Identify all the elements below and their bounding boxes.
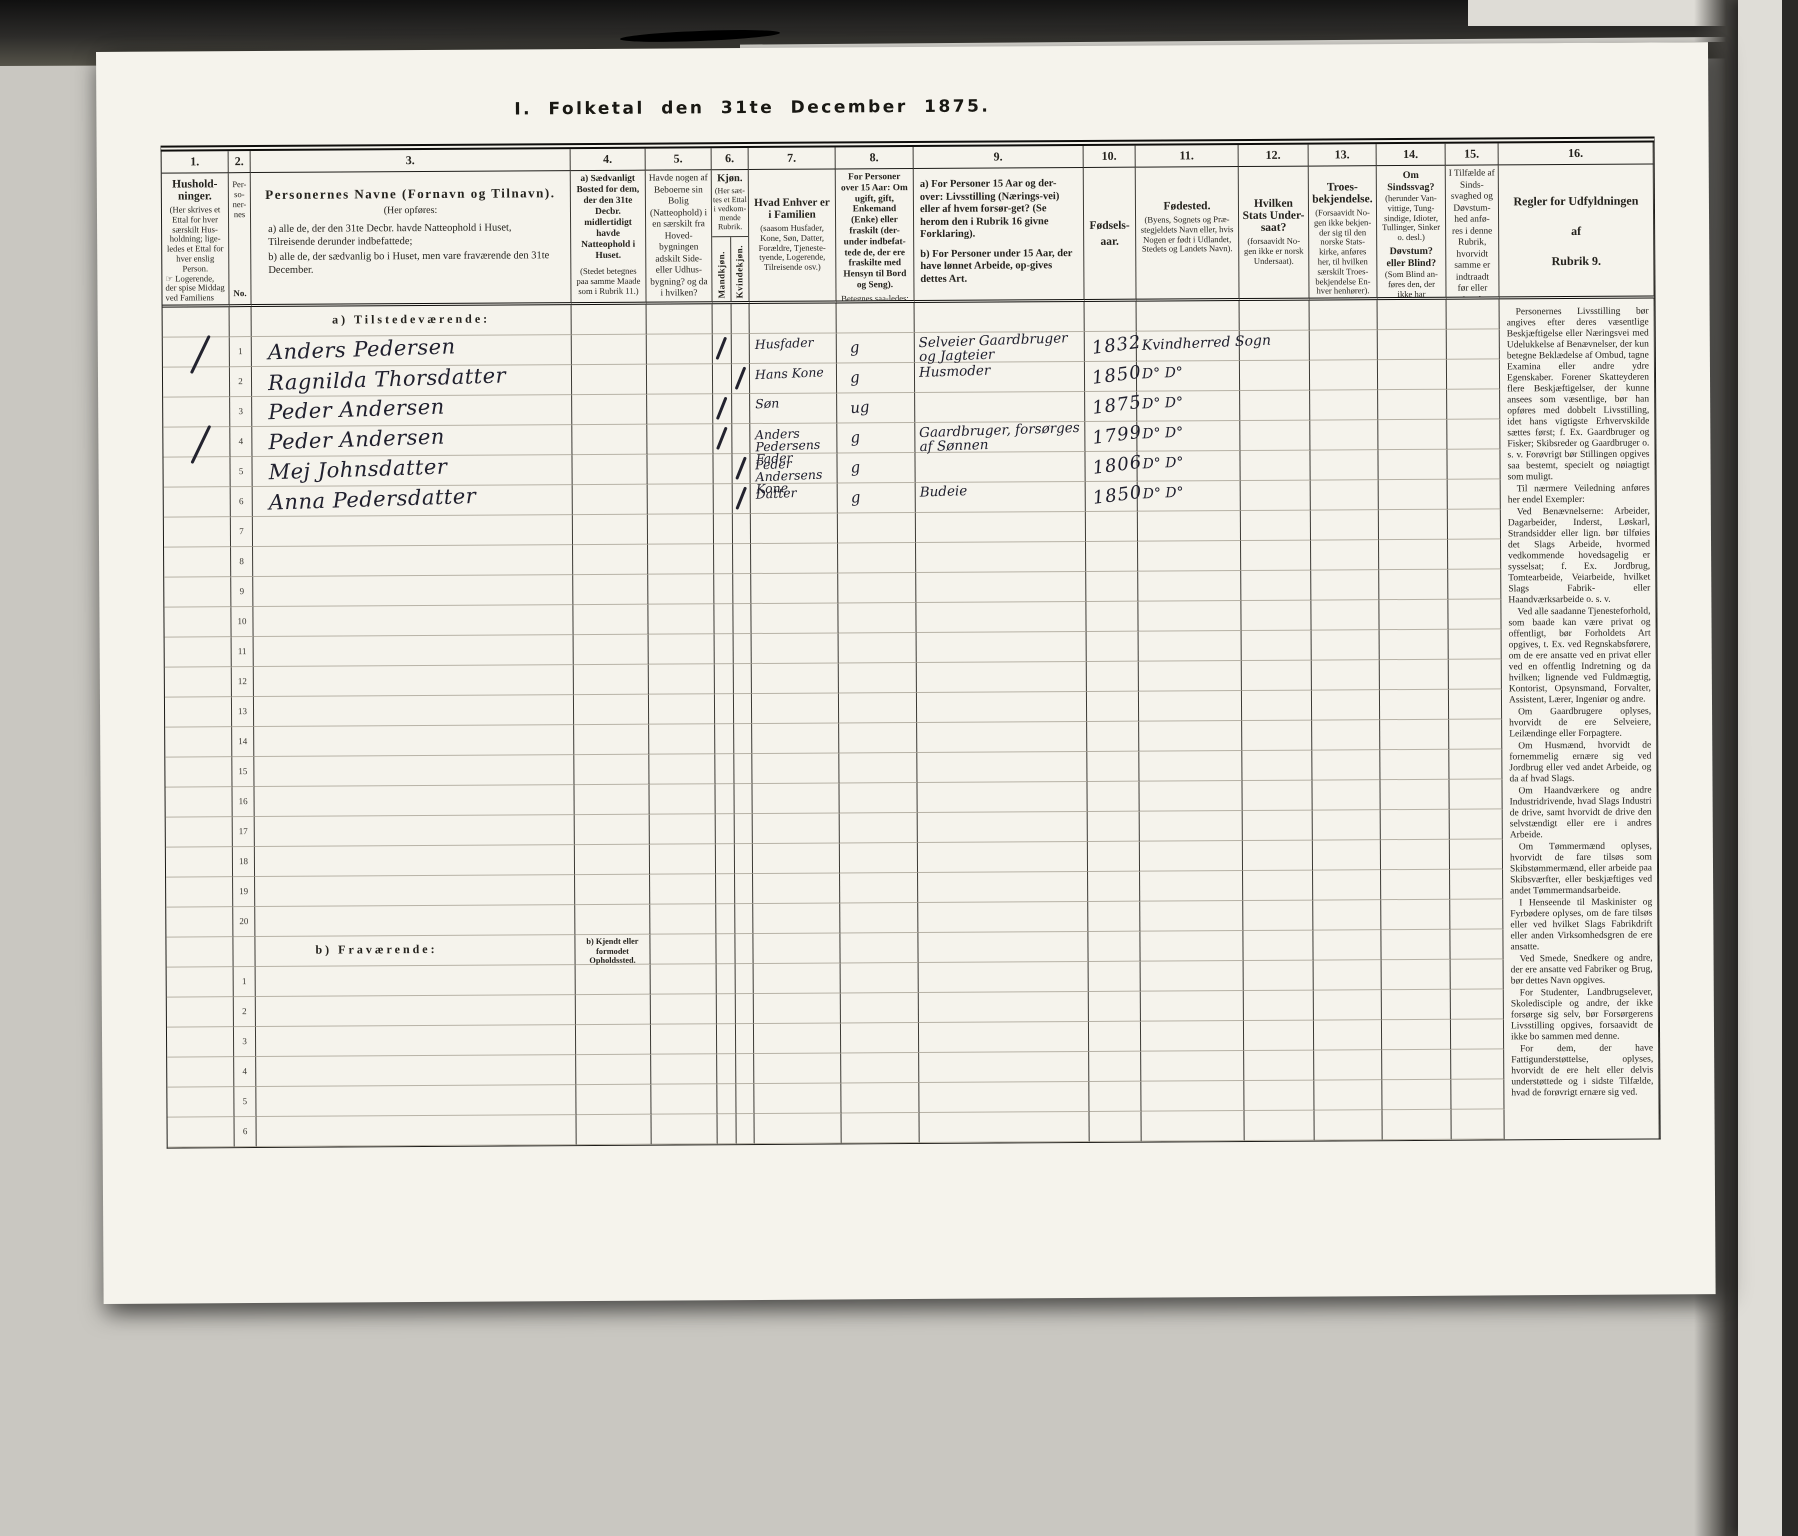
male-mark-cell <box>715 664 734 694</box>
usual-residence-cell <box>574 665 649 695</box>
household-cell <box>165 757 232 787</box>
person-number-cell: 17 <box>233 817 255 847</box>
section-a-cell <box>1240 301 1310 331</box>
creed-cell <box>1311 570 1379 600</box>
marital-cell <box>840 843 918 873</box>
occupation-cell <box>917 722 1087 753</box>
household-cell <box>167 967 234 997</box>
household-cell <box>167 1087 234 1117</box>
marital-cell: g <box>837 333 915 363</box>
occupation-cell: Selveier Gaardbruger og Jagteier <box>915 332 1085 363</box>
occupation-cell <box>917 662 1087 693</box>
birth-year-cell <box>1088 842 1140 872</box>
section-b-cell <box>840 933 918 963</box>
outbuilding-cell <box>649 724 715 754</box>
male-mark-cell <box>713 424 732 454</box>
citizenship-cell <box>1240 331 1310 361</box>
family-position: Søn <box>755 397 780 410</box>
person-number-cell: 16 <box>232 787 254 817</box>
section-a-cell <box>750 303 837 334</box>
usual-residence-cell <box>575 905 650 935</box>
citizenship-cell <box>1243 871 1313 901</box>
col-number-13: 13. <box>1309 144 1377 166</box>
birthplace-cell: D° D° <box>1138 481 1241 512</box>
creed-cell <box>1313 840 1381 870</box>
name-cell <box>256 1025 576 1057</box>
section-b-col2 <box>233 937 255 967</box>
header-sex: Kjøn. (Her sæt-tes et Ettal i vedkom-men… <box>712 170 750 304</box>
names-rule-b: b) alle de, der sædvanlig bo i Huset, me… <box>268 249 553 277</box>
onset-cell <box>1450 869 1503 899</box>
disability-cell <box>1379 540 1448 570</box>
occupation-cell <box>916 572 1086 603</box>
disability-cell <box>1381 900 1450 930</box>
scan-background: { "scan": { "page_title": "I. Folketal d… <box>0 0 1798 1536</box>
disability-cell <box>1379 600 1448 630</box>
household-cell <box>164 517 231 547</box>
female-mark-cell <box>736 1084 754 1114</box>
occupation-cell <box>915 452 1085 483</box>
name-cell <box>256 965 576 997</box>
female-mark-cell <box>735 904 753 934</box>
person-number-cell: 20 <box>233 907 255 937</box>
disability-cell <box>1382 1080 1451 1110</box>
citizenship-cell <box>1240 451 1310 481</box>
occupation-cell <box>917 692 1087 723</box>
creed-cell <box>1310 360 1378 390</box>
disability-title: Om Sindssvag? <box>1380 170 1442 194</box>
usual-residence-cell <box>572 335 647 365</box>
sex-title: Kjøn. <box>713 173 747 185</box>
birthplace-cell <box>1139 781 1242 812</box>
onset-cell <box>1449 629 1502 659</box>
person-number-cell: 7 <box>231 517 253 547</box>
occupation-cell <box>916 602 1086 633</box>
birthplace-cell <box>1140 901 1243 932</box>
marital-cell <box>838 513 916 543</box>
birth-year-cell <box>1089 1112 1141 1142</box>
outbuilding-cell <box>651 964 717 994</box>
occupation-cell <box>916 542 1086 573</box>
census-table: 1. 2. 3. 4. 5. 6. 7. 8. 9. 10. 11. 12. 1… <box>161 136 1661 1148</box>
male-mark-cell <box>714 604 733 634</box>
disability-cell <box>1380 720 1449 750</box>
citizenship-cell <box>1241 541 1311 571</box>
occupation-cell <box>919 962 1089 993</box>
birth-year-cell <box>1089 962 1141 992</box>
citizenship-cell <box>1241 571 1311 601</box>
onset-cell <box>1451 1109 1504 1139</box>
section-a-cell <box>713 304 732 334</box>
person-number-cell: 3 <box>230 397 252 427</box>
sex-note: (Her sæt-tes et Ettal i vedkom-mende Rub… <box>713 186 747 231</box>
male-mark-cell <box>716 844 735 874</box>
female-mark-cell <box>735 814 753 844</box>
birth-year-cell: 1799 <box>1085 422 1137 452</box>
family-position-cell <box>752 783 839 814</box>
person-name: Anders Pedersen <box>267 334 455 364</box>
col-number-4: 4. <box>571 149 646 171</box>
name-cell <box>256 995 576 1027</box>
creed-cell <box>1314 1080 1382 1110</box>
col-number-5: 5. <box>646 148 712 170</box>
person-number-label: Per- so- ner- nes <box>232 179 246 219</box>
name-cell <box>255 815 575 847</box>
adjacent-page-edge <box>1738 0 1782 1536</box>
onset-cell <box>1447 449 1500 479</box>
creed-cell <box>1311 510 1379 540</box>
usual-residence-cell <box>574 635 649 665</box>
usual-residence-cell <box>575 875 650 905</box>
page-title: I. Folketal den 31te December 1875. <box>96 94 1408 122</box>
family-position-cell <box>754 993 841 1024</box>
marital-cell <box>841 1083 919 1113</box>
marital-cell <box>841 1113 919 1143</box>
creed-title: Troes-bekjendelse. <box>1312 181 1373 205</box>
birthplace-cell <box>1141 961 1244 992</box>
name-cell <box>253 545 573 577</box>
birthplace-cell <box>1138 601 1241 632</box>
marital-cell <box>838 603 916 633</box>
col-number-10: 10. <box>1084 146 1136 168</box>
outbuilding-cell <box>647 424 713 454</box>
female-mark-cell <box>735 844 753 874</box>
family-position-cell: Husfader <box>750 333 837 364</box>
birth-year: 1832 <box>1091 332 1143 359</box>
birth-year-cell <box>1088 812 1140 842</box>
name-cell <box>254 725 574 757</box>
person-number-cell: 4 <box>230 427 252 457</box>
male-mark-cell <box>715 754 734 784</box>
marital-cell: g <box>837 423 915 453</box>
household-cell <box>164 547 231 577</box>
male-mark-cell <box>715 694 734 724</box>
person-number-cell: 8 <box>231 547 253 577</box>
female-mark-cell <box>734 694 752 724</box>
occupation: Selveier Gaardbruger og Jagteier <box>918 332 1084 364</box>
household-cell <box>163 427 230 457</box>
household-cell <box>168 1117 235 1147</box>
section-a-cell <box>837 303 915 333</box>
disability-title-2: Døvstum? eller Blind? <box>1380 246 1442 270</box>
birth-year-cell: 1832 <box>1085 332 1137 362</box>
birth-year-cell: 1806 <box>1085 452 1137 482</box>
disability-cell <box>1380 750 1449 780</box>
disability-cell <box>1381 810 1450 840</box>
occupation-cell: Gaardbruger, forsørges af Sønnen <box>915 422 1085 453</box>
family-note: (saasom Husfader, Kone, Søn, Datter, For… <box>752 224 832 273</box>
male-mark-cell <box>718 1114 737 1144</box>
names-rule-a: a) alle de, der den 31te Decbr. havde Na… <box>268 221 553 249</box>
marital-text: For Personer over 15 Aar: Om ugift, gift… <box>839 172 911 291</box>
onset-cell <box>1451 1079 1504 1109</box>
residence-text: a) Sædvanligt Bosted for dem, der den 31… <box>574 174 643 262</box>
outbuilding-cell <box>651 1054 717 1084</box>
household-cell <box>165 787 232 817</box>
name-cell <box>254 635 574 667</box>
header-birthplace: Fødested. (Byens, Sognets og Præ-stegjel… <box>1136 167 1240 302</box>
outbuilding-cell <box>649 754 715 784</box>
header-outbuilding: Havde nogen af Beboerne sin Bolig (Natte… <box>646 170 713 304</box>
person-name: Anna Pedersdatter <box>268 484 476 515</box>
citizenship-cell <box>1242 751 1312 781</box>
disability-cell <box>1382 990 1451 1020</box>
male-mark-cell <box>713 334 732 364</box>
birthplace-cell <box>1139 661 1242 692</box>
birthplace: D° D° <box>1142 485 1184 503</box>
birthplace: D° D° <box>1142 455 1184 473</box>
usual-residence-cell <box>572 425 647 455</box>
citizenship-cell <box>1242 781 1312 811</box>
section-a-col2 <box>230 307 252 337</box>
family-position: Datter <box>755 487 796 501</box>
marital-cell: g <box>837 453 915 483</box>
col-number-16: 16. <box>1499 142 1654 165</box>
marital-status: g <box>850 488 861 507</box>
occupation-cell <box>919 1022 1089 1053</box>
section-b-header: b) Fraværende: <box>255 935 575 967</box>
name-cell <box>254 695 574 727</box>
name-cell: Peder Andersen <box>252 395 572 427</box>
onset-cell <box>1449 749 1502 779</box>
person-number-cell: 6 <box>231 487 253 517</box>
household-cell <box>163 337 230 367</box>
outbuilding-cell <box>648 544 714 574</box>
male-mark-cell <box>713 364 732 394</box>
section-a-cell <box>732 304 750 334</box>
household-cell <box>165 637 232 667</box>
occupation-cell <box>918 872 1088 903</box>
marital-cell: g <box>837 363 915 393</box>
disability-cell <box>1380 780 1449 810</box>
marital-status: g <box>850 458 861 477</box>
birthplace-note: (Byens, Sognets og Præ-stegjeldets Navn … <box>1139 215 1235 255</box>
birthplace-cell <box>1141 1051 1244 1082</box>
birthplace-cell <box>1139 751 1242 782</box>
col-number-12: 12. <box>1239 145 1309 167</box>
disability-cell <box>1381 840 1450 870</box>
citizenship-cell <box>1244 1111 1314 1141</box>
person-number-cell: 5 <box>230 457 252 487</box>
marital-cell <box>841 1023 919 1053</box>
onset-cell <box>1448 569 1501 599</box>
disability-cell <box>1380 690 1449 720</box>
outbuilding-cell <box>649 634 715 664</box>
usual-residence-cell <box>574 725 649 755</box>
section-a-cell <box>915 302 1085 333</box>
marital-cell <box>839 693 917 723</box>
name-cell <box>255 845 575 877</box>
creed-cell <box>1311 540 1379 570</box>
outbuilding-cell <box>649 784 715 814</box>
occupation-cell: Husmoder <box>915 362 1085 393</box>
onset-cell <box>1449 779 1502 809</box>
family-position-cell <box>752 633 839 664</box>
male-mark-cell <box>717 994 736 1024</box>
citizenship-cell <box>1244 1081 1314 1111</box>
header-birth-year: Fødsels- aar. <box>1084 168 1137 302</box>
outbuilding-cell <box>649 664 715 694</box>
family-position-cell: Søn <box>750 393 837 424</box>
col-number-3: 3. <box>251 149 571 173</box>
female-mark-cell <box>733 544 751 574</box>
creed-cell <box>1310 390 1378 420</box>
marital-cell <box>840 873 918 903</box>
male-tally <box>715 337 726 360</box>
marital-cell <box>841 1053 919 1083</box>
usual-residence-cell <box>574 695 649 725</box>
marital-cell <box>839 753 917 783</box>
creed-cell <box>1310 330 1378 360</box>
name-cell <box>254 785 574 817</box>
section-b-cell <box>716 934 735 964</box>
female-mark-cell <box>732 364 750 394</box>
birth-year: 1875 <box>1091 392 1143 419</box>
disability-cell <box>1382 960 1451 990</box>
birthplace-cell <box>1138 511 1241 542</box>
header-person-number: Per- so- ner- nes No. <box>229 173 252 307</box>
male-mark-cell <box>717 1054 736 1084</box>
section-b-cell <box>753 933 840 964</box>
onset-cell <box>1447 419 1500 449</box>
birth-year-cell <box>1089 1052 1141 1082</box>
onset-cell <box>1447 389 1500 419</box>
occupation-rule-a: a) For Personer 15 Aar og der-over: Livs… <box>920 178 1077 241</box>
usual-residence-cell <box>576 995 651 1025</box>
creed-cell <box>1313 870 1381 900</box>
household-cell <box>166 877 233 907</box>
citizenship-cell <box>1242 691 1312 721</box>
marital-status: g <box>849 338 860 357</box>
creed-cell <box>1314 990 1382 1020</box>
usual-residence-cell <box>574 755 649 785</box>
usual-residence-cell <box>576 1025 651 1055</box>
occupation-cell <box>915 392 1085 423</box>
disability-note-2: (Som Blind an-føres den, der ikke har Ga… <box>1380 270 1442 300</box>
marital-cell <box>839 783 917 813</box>
citizenship-cell <box>1241 481 1311 511</box>
family-position-cell <box>753 843 840 874</box>
male-mark-cell <box>715 724 734 754</box>
birthplace-cell: D° D° <box>1137 451 1240 482</box>
occupation-cell: Budeie <box>916 482 1086 513</box>
male-mark-cell <box>713 394 732 424</box>
header-creed: Troes-bekjendelse. (Forsaavidt No-gen ik… <box>1309 166 1378 300</box>
birthplace-title: Fødested. <box>1139 200 1235 213</box>
marital-cell <box>839 663 917 693</box>
household-cell <box>166 817 233 847</box>
family-position-cell <box>751 543 838 574</box>
creed-cell <box>1312 780 1380 810</box>
name-cell <box>256 1085 576 1117</box>
citizenship-cell <box>1240 421 1310 451</box>
occupation-cell <box>918 812 1088 843</box>
disability-cell <box>1382 1110 1451 1140</box>
household-cell <box>164 607 231 637</box>
male-tally <box>716 427 727 450</box>
creed-cell <box>1311 600 1379 630</box>
person-name: Peder Andersen <box>268 425 445 455</box>
disability-cell <box>1378 390 1447 420</box>
rules-title: Regler for Udfyldningen af Rubrik 9. <box>1502 185 1651 276</box>
households-note-2: ☞ Logerende, der spise Middag ved Famili… <box>165 274 225 308</box>
section-a-cell <box>1085 302 1137 332</box>
outbuilding-cell <box>651 1084 717 1114</box>
outbuilding-cell <box>648 514 714 544</box>
birthplace-cell <box>1138 541 1241 572</box>
birthplace: D° D° <box>1142 395 1184 413</box>
sex-subcolumns: Mandkjøn. Kvindekjøn. <box>712 237 748 301</box>
name-cell <box>256 1055 576 1087</box>
family-position-cell <box>751 513 838 544</box>
creed-cell <box>1312 630 1380 660</box>
female-mark-cell <box>734 784 752 814</box>
section-b-cell <box>735 934 753 964</box>
male-mark-cell <box>717 1084 736 1114</box>
male-tally <box>716 397 727 420</box>
birth-year: 1850 <box>1092 482 1144 509</box>
col-number-2: 2. <box>229 151 251 173</box>
section-b-cell <box>1243 931 1313 961</box>
person-number-cell: 2 <box>234 997 256 1027</box>
birth-year-cell <box>1087 632 1139 662</box>
female-mark-cell <box>736 1114 754 1144</box>
creed-cell <box>1314 1110 1382 1140</box>
section-b-cell <box>1140 931 1243 962</box>
col-number-6: 6. <box>712 148 749 170</box>
citizenship-cell <box>1242 721 1312 751</box>
occupation-cell <box>917 752 1087 783</box>
female-mark-cell <box>733 604 751 634</box>
birthplace-cell <box>1139 721 1242 752</box>
section-b-note: b) Kjendt eller formodet Opholdssted. <box>575 935 649 968</box>
person-number-cell: 3 <box>234 1027 256 1057</box>
section-b-label: b) Fraværende: <box>315 941 574 958</box>
usual-residence-cell <box>575 845 650 875</box>
birthplace: D° D° <box>1142 365 1184 383</box>
female-mark-cell <box>734 664 752 694</box>
outbuilding-cell <box>649 694 715 724</box>
family-position-cell <box>751 603 838 634</box>
section-a-cell <box>1310 300 1378 330</box>
birthplace-cell <box>1141 1081 1244 1112</box>
col-number-11: 11. <box>1136 145 1239 168</box>
female-mark-cell <box>732 424 750 454</box>
usual-residence-cell <box>573 605 648 635</box>
outbuilding-cell <box>650 874 716 904</box>
onset-cell <box>1451 989 1504 1019</box>
person-number-cell: 10 <box>231 607 253 637</box>
occupation-cell <box>919 1112 1089 1143</box>
household-cell <box>163 397 230 427</box>
onset-cell <box>1451 1019 1504 1049</box>
creed-cell <box>1311 480 1379 510</box>
usual-residence-cell <box>576 1055 651 1085</box>
female-mark-cell <box>736 964 754 994</box>
person-number-cell: 15 <box>232 757 254 787</box>
name-cell <box>254 755 574 787</box>
citizenship-cell <box>1243 841 1313 871</box>
person-number-cell: 1 <box>230 337 252 367</box>
household-cell <box>164 577 231 607</box>
outbuilding-cell <box>650 814 716 844</box>
marital-status: g <box>850 428 861 447</box>
usual-residence-cell <box>573 575 648 605</box>
birth-year-cell: 1850 <box>1086 482 1138 512</box>
marital-cell <box>839 723 917 753</box>
person-name: Peder Andersen <box>268 395 445 425</box>
name-cell <box>255 905 575 937</box>
